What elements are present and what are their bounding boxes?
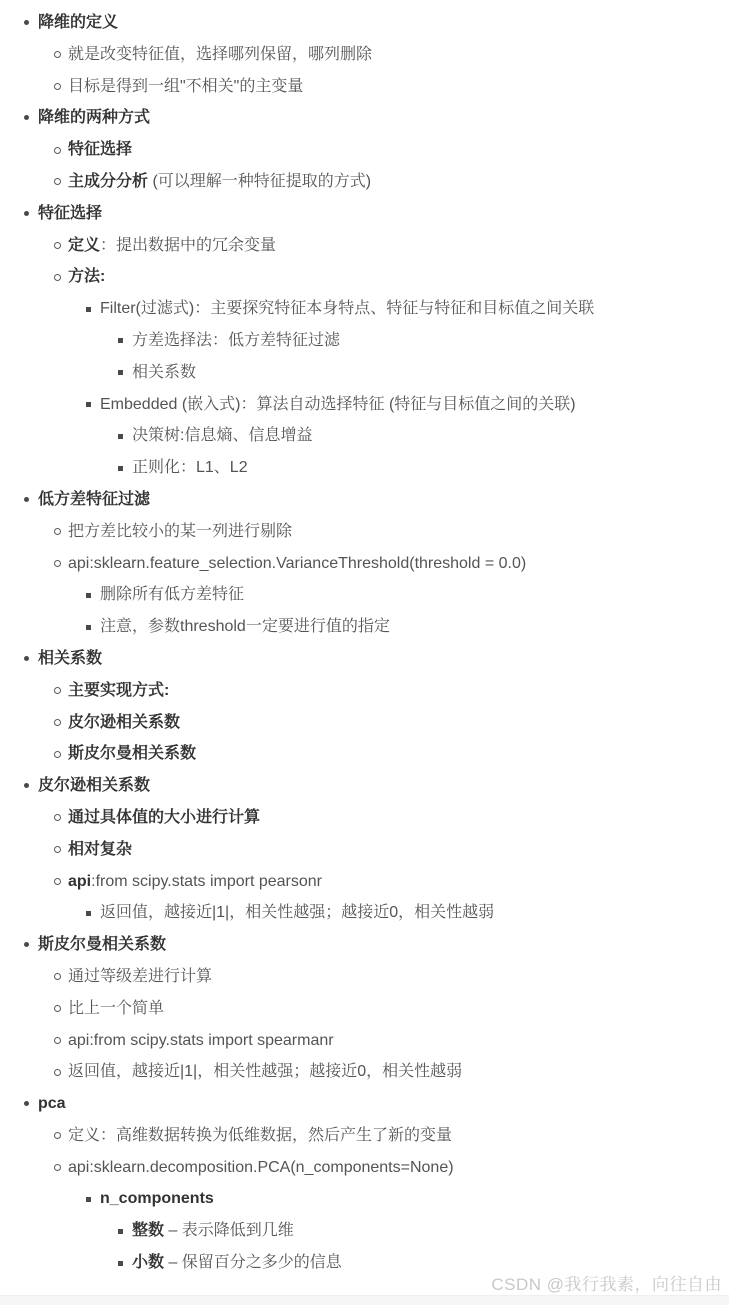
outline-list-level-2: 就是改变特征值，选择哪列保留，哪列删除目标是得到一组"不相关"的主变量: [38, 39, 729, 103]
outline-list-level-3: n_components整数 – 表示降低到几维小数 – 保留百分之多少的信息: [68, 1183, 729, 1278]
list-item: api:from scipy.stats import spearmanr: [68, 1025, 729, 1057]
item-text-bold: 特征选择: [38, 205, 102, 222]
list-item: pca定义：高维数据转换为低维数据，然后产生了新的变量api:sklearn.d…: [38, 1088, 729, 1279]
item-text: 正则化：L1、L2: [132, 459, 248, 476]
item-text-bold: 相对复杂: [68, 841, 132, 858]
item-text: 注意，参数threshold一定要进行值的指定: [100, 618, 390, 635]
item-text-bold: 方法:: [68, 268, 105, 285]
list-item: 决策树:信息熵、信息增益: [132, 420, 729, 452]
list-item: Filter(过滤式)：主要探究特征本身特点、特征与特征和目标值之间关联方差选择…: [100, 293, 729, 388]
list-item: 降维的定义就是改变特征值，选择哪列保留，哪列删除目标是得到一组"不相关"的主变量: [38, 7, 729, 102]
item-text: 决策树:信息熵、信息增益: [132, 427, 312, 444]
outline-list-level-3: 返回值，越接近|1|，相关性越强；越接近0，相关性越弱: [68, 897, 729, 929]
list-item: 把方差比较小的某一列进行剔除: [68, 516, 729, 548]
outline-list-level-2: 通过等级差进行计算比上一个简单api:from scipy.stats impo…: [38, 961, 729, 1088]
item-text-bold: 特征选择: [68, 141, 132, 158]
item-text-bold: 整数: [132, 1222, 164, 1239]
item-text: 删除所有低方差特征: [100, 586, 244, 603]
item-text: 相关系数: [132, 364, 196, 381]
item-text-bold: 定义: [68, 237, 100, 254]
item-text: 定义：高维数据转换为低维数据，然后产生了新的变量: [68, 1127, 452, 1144]
item-text-bold: 通过具体值的大小进行计算: [68, 809, 260, 826]
item-text-bold: pca: [38, 1095, 66, 1112]
list-item: 方法:Filter(过滤式)：主要探究特征本身特点、特征与特征和目标值之间关联方…: [68, 261, 729, 484]
list-item: 低方差特征过滤把方差比较小的某一列进行剔除api:sklearn.feature…: [38, 484, 729, 643]
list-item: api:sklearn.decomposition.PCA(n_componen…: [68, 1152, 729, 1279]
outline: 降维的定义就是改变特征值，选择哪列保留，哪列删除目标是得到一组"不相关"的主变量…: [0, 7, 729, 1279]
list-item: api:sklearn.feature_selection.VarianceTh…: [68, 548, 729, 643]
item-text-bold: 低方差特征过滤: [38, 491, 150, 508]
item-text: api:from scipy.stats import spearmanr: [68, 1032, 334, 1049]
list-item: 特征选择: [68, 134, 729, 166]
item-text: 就是改变特征值，选择哪列保留，哪列删除: [68, 46, 372, 63]
item-text: 目标是得到一组"不相关"的主变量: [68, 78, 303, 95]
item-text-bold: 小数: [132, 1254, 164, 1271]
item-text-bold: 降维的定义: [38, 14, 118, 31]
item-text: 通过等级差进行计算: [68, 968, 212, 985]
list-item: 降维的两种方式特征选择主成分分析 (可以理解一种特征提取的方式): [38, 102, 729, 197]
item-text: – 表示降低到几维: [164, 1222, 294, 1239]
list-item: 正则化：L1、L2: [132, 452, 729, 484]
list-item: 整数 – 表示降低到几维: [132, 1215, 729, 1247]
item-text-bold: 降维的两种方式: [38, 109, 150, 126]
list-item: 相关系数主要实现方式:皮尔逊相关系数斯皮尔曼相关系数: [38, 643, 729, 770]
outline-list-level-4: 决策树:信息熵、信息增益正则化：L1、L2: [100, 420, 729, 484]
item-text-bold: 斯皮尔曼相关系数: [68, 745, 196, 762]
list-item: 比上一个简单: [68, 993, 729, 1025]
item-text: 方差选择法：低方差特征过滤: [132, 332, 340, 349]
list-item: 皮尔逊相关系数通过具体值的大小进行计算相对复杂api:from scipy.st…: [38, 770, 729, 929]
item-text: 比上一个简单: [68, 1000, 164, 1017]
item-text-bold: 主成分分析: [68, 173, 148, 190]
item-text: ：提出数据中的冗余变量: [100, 237, 276, 254]
list-item: 斯皮尔曼相关系数: [68, 738, 729, 770]
list-item: 定义：提出数据中的冗余变量: [68, 230, 729, 262]
list-item: 相对复杂: [68, 834, 729, 866]
list-item: 主要实现方式:: [68, 675, 729, 707]
outline-list-level-1: 降维的定义就是改变特征值，选择哪列保留，哪列删除目标是得到一组"不相关"的主变量…: [0, 7, 729, 1279]
list-item: 返回值，越接近|1|，相关性越强；越接近0，相关性越弱: [100, 897, 729, 929]
list-item: api:from scipy.stats import pearsonr返回值，…: [68, 866, 729, 930]
item-text: 返回值，越接近|1|，相关性越强；越接近0，相关性越弱: [100, 904, 494, 921]
item-text: 把方差比较小的某一列进行剔除: [68, 523, 292, 540]
outline-list-level-2: 定义：高维数据转换为低维数据，然后产生了新的变量api:sklearn.deco…: [38, 1120, 729, 1279]
item-text-bold: 皮尔逊相关系数: [38, 777, 150, 794]
list-item: Embedded (嵌入式)：算法自动选择特征 (特征与目标值之间的关联)决策树…: [100, 389, 729, 484]
item-text: Embedded (嵌入式)：算法自动选择特征 (特征与目标值之间的关联): [100, 396, 576, 413]
list-item: 斯皮尔曼相关系数通过等级差进行计算比上一个简单api:from scipy.st…: [38, 929, 729, 1088]
item-text: – 保留百分之多少的信息: [164, 1254, 342, 1271]
outline-list-level-2: 把方差比较小的某一列进行剔除api:sklearn.feature_select…: [38, 516, 729, 643]
outline-list-level-2: 特征选择主成分分析 (可以理解一种特征提取的方式): [38, 134, 729, 198]
outline-list-level-2: 主要实现方式:皮尔逊相关系数斯皮尔曼相关系数: [38, 675, 729, 770]
item-text-bold: n_components: [100, 1190, 214, 1207]
list-item: 皮尔逊相关系数: [68, 707, 729, 739]
outline-list-level-2: 通过具体值的大小进行计算相对复杂api:from scipy.stats imp…: [38, 802, 729, 929]
item-text-bold: api: [68, 873, 91, 890]
item-text: :from scipy.stats import pearsonr: [91, 873, 322, 890]
footer-strip: [0, 1295, 729, 1305]
list-item: 通过等级差进行计算: [68, 961, 729, 993]
csdn-watermark: CSDN @我行我素，向往自由: [491, 1270, 722, 1295]
item-text: api:sklearn.decomposition.PCA(n_componen…: [68, 1159, 454, 1176]
item-text: 返回值，越接近|1|，相关性越强；越接近0，相关性越弱: [68, 1063, 462, 1080]
list-item: 定义：高维数据转换为低维数据，然后产生了新的变量: [68, 1120, 729, 1152]
item-text-bold: 斯皮尔曼相关系数: [38, 936, 166, 953]
outline-list-level-3: Filter(过滤式)：主要探究特征本身特点、特征与特征和目标值之间关联方差选择…: [68, 293, 729, 484]
item-text: (可以理解一种特征提取的方式): [148, 173, 371, 190]
outline-list-level-2: 定义：提出数据中的冗余变量方法:Filter(过滤式)：主要探究特征本身特点、特…: [38, 230, 729, 484]
list-item: 主成分分析 (可以理解一种特征提取的方式): [68, 166, 729, 198]
list-item: 目标是得到一组"不相关"的主变量: [68, 71, 729, 103]
item-text-bold: 相关系数: [38, 650, 102, 667]
outline-list-level-3: 删除所有低方差特征注意，参数threshold一定要进行值的指定: [68, 579, 729, 643]
list-item: 特征选择定义：提出数据中的冗余变量方法:Filter(过滤式)：主要探究特征本身…: [38, 198, 729, 484]
list-item: 方差选择法：低方差特征过滤: [132, 325, 729, 357]
list-item: 就是改变特征值，选择哪列保留，哪列删除: [68, 39, 729, 71]
article-body: 降维的定义就是改变特征值，选择哪列保留，哪列删除目标是得到一组"不相关"的主变量…: [0, 0, 729, 1279]
list-item: 返回值，越接近|1|，相关性越强；越接近0，相关性越弱: [68, 1056, 729, 1088]
item-text-bold: 皮尔逊相关系数: [68, 714, 180, 731]
list-item: 注意，参数threshold一定要进行值的指定: [100, 611, 729, 643]
item-text-bold: 主要实现方式:: [68, 682, 169, 699]
list-item: 删除所有低方差特征: [100, 579, 729, 611]
list-item: n_components整数 – 表示降低到几维小数 – 保留百分之多少的信息: [100, 1183, 729, 1278]
item-text: Filter(过滤式)：主要探究特征本身特点、特征与特征和目标值之间关联: [100, 300, 594, 317]
outline-list-level-4: 方差选择法：低方差特征过滤相关系数: [100, 325, 729, 389]
item-text: api:sklearn.feature_selection.VarianceTh…: [68, 555, 526, 572]
list-item: 通过具体值的大小进行计算: [68, 802, 729, 834]
list-item: 相关系数: [132, 357, 729, 389]
